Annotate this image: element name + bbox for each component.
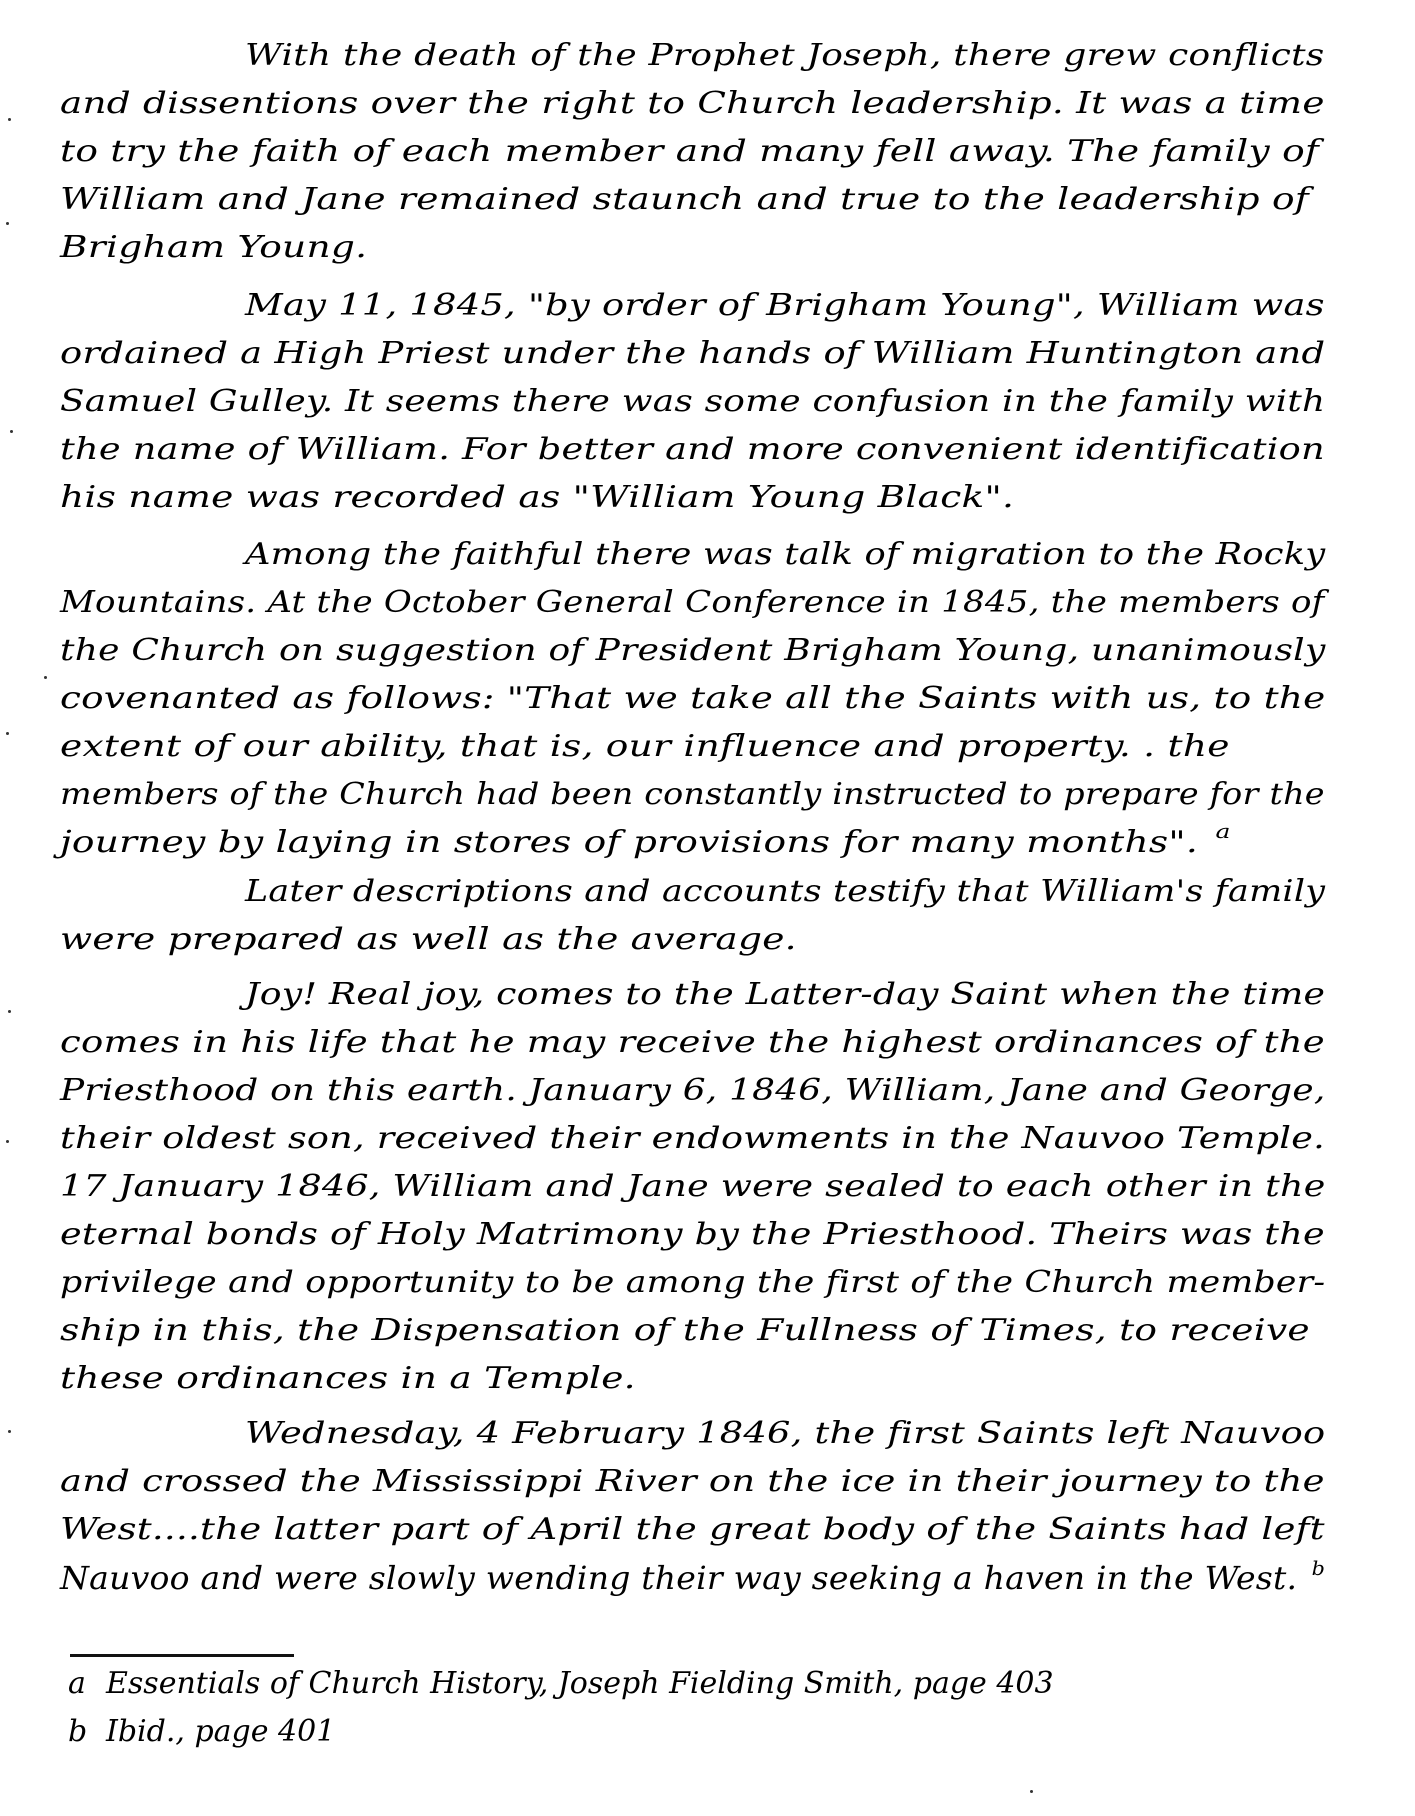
text-line: William and Jane remained staunch and tr… bbox=[60, 180, 1309, 220]
footnote-ref-b: b bbox=[1312, 1556, 1325, 1580]
scan-speck bbox=[1030, 1790, 1033, 1793]
scan-speck bbox=[6, 732, 9, 735]
text-line: Priesthood on this earth. January 6, 184… bbox=[60, 1071, 1325, 1111]
text-line: Wednesday, 4 February 1846, the first Sa… bbox=[245, 1414, 1325, 1454]
text-line: comes in his life that he may receive th… bbox=[60, 1023, 1325, 1063]
scan-speck bbox=[6, 222, 9, 225]
scan-speck bbox=[8, 118, 11, 121]
text-line: Brigham Young. bbox=[60, 228, 367, 268]
footnote-mark: b bbox=[68, 1712, 106, 1752]
footnote-a: aEssentials of Church History, Joseph Fi… bbox=[68, 1664, 1054, 1704]
footnote-text: Ibid., page 401 bbox=[106, 1714, 335, 1749]
text-line: Joy! Real joy, comes to the Latter-day S… bbox=[245, 975, 1325, 1015]
text-line: Later descriptions and accounts testify … bbox=[245, 872, 1325, 912]
text-line: May 11, 1845, "by order of Brigham Young… bbox=[245, 286, 1325, 326]
text-line: Among the faithful there was talk of mig… bbox=[245, 535, 1325, 575]
text-line: his name was recorded as "William Young … bbox=[60, 478, 1014, 518]
text-line: to try the faith of each member and many… bbox=[60, 132, 1319, 172]
footnote-divider bbox=[70, 1654, 294, 1657]
text-line: and dissentions over the right to Church… bbox=[60, 84, 1325, 124]
footnote-b: bIbid., page 401 bbox=[68, 1712, 335, 1752]
text-line: the Church on suggestion of President Br… bbox=[60, 631, 1326, 671]
text-line: privilege and opportunity to be among th… bbox=[60, 1263, 1325, 1303]
footnote-text: Essentials of Church History, Joseph Fie… bbox=[106, 1666, 1054, 1701]
scan-speck bbox=[8, 1430, 11, 1433]
text-line: their oldest son, received their endowme… bbox=[60, 1119, 1325, 1159]
scan-speck bbox=[44, 676, 47, 679]
text-line-content: journey by laying in stores of provision… bbox=[60, 825, 1198, 860]
text-line: Samuel Gulley. It seems there was some c… bbox=[60, 382, 1325, 422]
text-line: covenanted as follows: "That we take all… bbox=[60, 679, 1325, 719]
text-line: 17 January 1846, William and Jane were s… bbox=[60, 1167, 1326, 1207]
footnote-ref-a: a bbox=[1216, 819, 1231, 843]
text-line: With the death of the Prophet Joseph, th… bbox=[245, 36, 1324, 76]
text-line: Nauvoo and were slowly wending their way… bbox=[60, 1558, 1325, 1602]
text-line: West....the latter part of April the gre… bbox=[60, 1510, 1325, 1550]
text-line: the name of William. For better and more… bbox=[60, 430, 1325, 470]
text-line: and crossed the Mississippi River on the… bbox=[60, 1462, 1325, 1502]
footnote-mark: a bbox=[68, 1664, 106, 1704]
text-line: eternal bonds of Holy Matrimony by the P… bbox=[60, 1215, 1325, 1255]
text-line: extent of our ability, that is, our infl… bbox=[60, 727, 1230, 767]
text-line: ordained a High Priest under the hands o… bbox=[60, 334, 1325, 374]
scan-speck bbox=[6, 1140, 9, 1143]
document-page: With the death of the Prophet Joseph, th… bbox=[0, 0, 1415, 1816]
text-line: these ordinances in a Temple. bbox=[60, 1359, 636, 1399]
text-line: Mountains. At the October General Confer… bbox=[60, 583, 1324, 623]
text-line: ship in this, the Dispensation of the Fu… bbox=[60, 1311, 1310, 1351]
text-line: were prepared as well as the average. bbox=[60, 920, 797, 960]
text-line-content: Nauvoo and were slowly wending their way… bbox=[60, 1559, 1297, 1597]
scan-speck bbox=[8, 1010, 11, 1013]
text-line: members of the Church had been constantl… bbox=[60, 775, 1325, 815]
text-line: journey by laying in stores of provision… bbox=[60, 823, 1231, 865]
scan-speck bbox=[10, 430, 13, 433]
